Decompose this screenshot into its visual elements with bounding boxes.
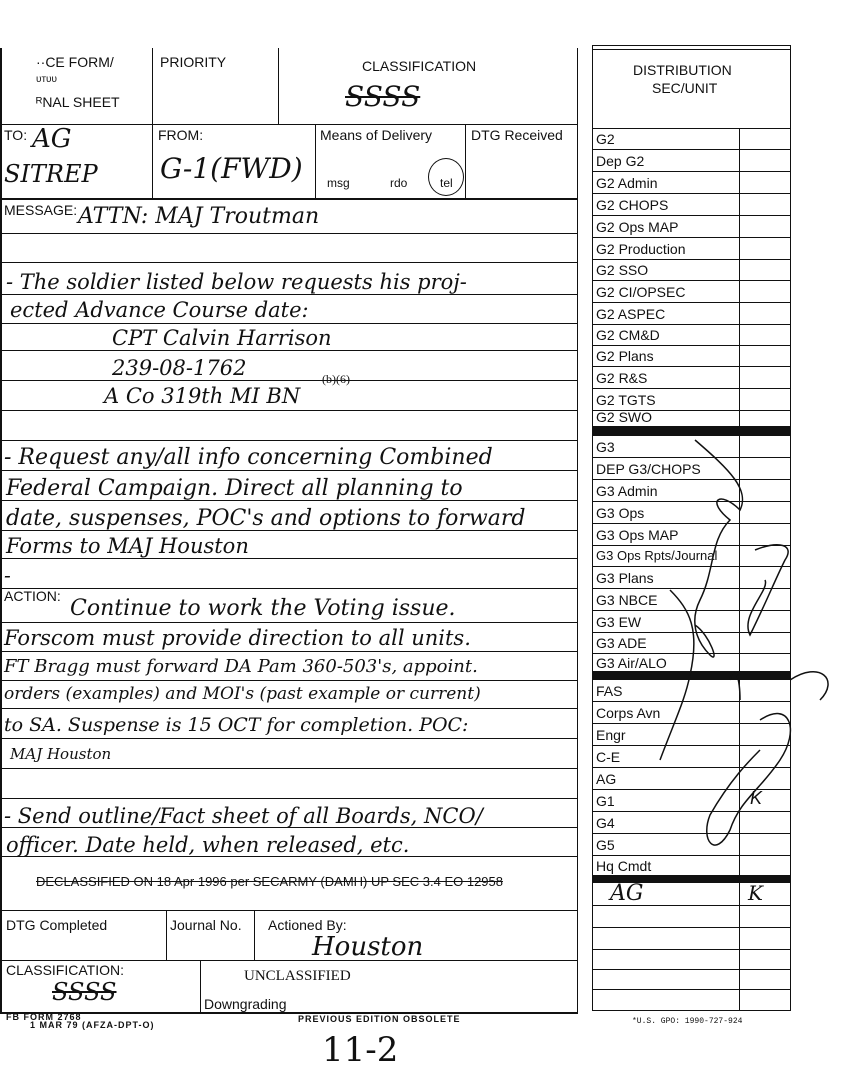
dist-row-g2-aspec[interactable]: G2 ASPEC [592, 303, 790, 325]
journal-no-label: Journal No. [170, 917, 242, 933]
dist-row-extra[interactable] [592, 989, 790, 1009]
to-label: TO: [4, 127, 27, 143]
dtg-received-label: DTG Received [471, 127, 563, 143]
actioned-by-value[interactable]: Houston [312, 932, 423, 962]
dtg-completed-label: DTG Completed [6, 917, 107, 933]
dist-row-extra[interactable] [592, 928, 790, 950]
action-line[interactable]: Continue to work the Voting issue. [70, 596, 456, 621]
dist-row-g2-cmd[interactable]: G2 CM&D [592, 324, 790, 346]
page-number: 11-2 [322, 1030, 398, 1070]
dist-row-g2[interactable]: G2 [592, 128, 790, 150]
message-line[interactable]: - [4, 563, 11, 587]
priority-label: PRIORITY [160, 54, 226, 70]
distribution-title: DISTRIBUTION [633, 62, 732, 78]
form-title: ··CE FORM/ [36, 54, 114, 70]
message-line[interactable]: - The soldier listed below requests his … [6, 270, 467, 294]
dist-row-g2-swo[interactable]: G2 SWO [592, 408, 790, 427]
form-date: 1 MAR 79 (AFZA-DPT-O) [30, 1020, 155, 1030]
action-line[interactable]: Forscom must provide direction to all un… [4, 626, 471, 650]
message-line[interactable]: date, suspenses, POC's and options to fo… [6, 506, 525, 531]
dist-row-g2-ci-opsec[interactable]: G2 CI/OPSEC [592, 281, 790, 303]
action-line[interactable]: MAJ Houston [10, 745, 111, 763]
action-line[interactable]: officer. Date held, when released, etc. [6, 833, 409, 857]
action-line[interactable]: orders (examples) and MOI's (past exampl… [4, 684, 481, 704]
dist-row-g2-production[interactable]: G2 Production [592, 238, 790, 260]
from-label: FROM: [158, 127, 203, 143]
unclassified-stamp: UNCLASSIFIED [244, 968, 351, 985]
message-line[interactable]: A Co 319th MI BN [104, 384, 300, 408]
action-line[interactable]: FT Bragg must forward DA Pam 360-503's, … [4, 656, 478, 677]
dist-row-g2-plans[interactable]: G2 Plans [592, 345, 790, 367]
message-line[interactable]: Forms to MAJ Houston [6, 534, 249, 558]
actioned-by-label: Actioned By: [268, 917, 347, 933]
means-rdo[interactable]: rdo [390, 176, 407, 190]
footer-classification-label: CLASSIFICATION: [6, 962, 124, 978]
message-line[interactable]: 239-08-1762 [112, 356, 246, 380]
redaction-code: (b)(6) [322, 372, 350, 387]
action-line[interactable]: - Send outline/Fact sheet of all Boards,… [4, 804, 483, 828]
tel-selected-circle [428, 158, 464, 196]
from-value[interactable]: G-1(FWD) [160, 152, 303, 185]
to-value-line2[interactable]: SITREP [4, 160, 98, 188]
dist-row-g2-chops[interactable]: G2 CHOPS [592, 194, 790, 216]
downgrading-label: Downgrading [204, 996, 287, 1012]
gpo-note: *U.S. GPO: 1990-727-924 [632, 1017, 742, 1026]
dist-row-extra[interactable] [592, 906, 790, 928]
message-line[interactable]: - Request any/all info concerning Combin… [4, 445, 493, 470]
declassified-stamp: DECLASSIFIED ON 18 Apr 1996 per SECARMY … [36, 874, 503, 889]
dist-row-dep-g2[interactable]: Dep G2 [592, 150, 790, 172]
footer-classification-value[interactable]: SSSS [52, 978, 117, 1006]
action-label: ACTION: [4, 588, 61, 604]
message-attn[interactable]: ATTN: MAJ Troutman [78, 204, 319, 229]
distribution-subtitle: SEC/UNIT [652, 80, 717, 96]
form-subtitle: ᴿNAL SHEET [36, 94, 120, 110]
means-of-delivery-label: Means of Delivery [320, 127, 432, 143]
dist-row-g2-sso[interactable]: G2 SSO [592, 259, 790, 281]
message-line[interactable]: Federal Campaign. Direct all planning to [6, 476, 463, 501]
classification-value[interactable]: SSSS [345, 80, 420, 113]
to-value[interactable]: AG [32, 124, 72, 154]
message-label: MESSAGE: [4, 202, 77, 218]
previous-edition-note: PREVIOUS EDITION OBSOLETE [298, 1014, 461, 1024]
message-line[interactable]: ected Advance Course date: [10, 298, 309, 322]
dist-row-extra[interactable] [592, 968, 790, 990]
action-line[interactable]: to SA. Suspense is 15 OCT for completion… [4, 714, 468, 736]
dist-row-extra[interactable] [592, 948, 790, 970]
dist-row-extra[interactable]: AG K [592, 883, 790, 906]
dist-row-g2-admin[interactable]: G2 Admin [592, 172, 790, 194]
signature-scrawl-icon [590, 430, 850, 860]
form-title-line2: ᴜᴛᴜᴜ [36, 74, 57, 85]
means-msg[interactable]: msg [327, 176, 350, 190]
message-line[interactable]: CPT Calvin Harrison [112, 326, 332, 350]
classification-label: CLASSIFICATION [362, 58, 476, 74]
dist-row-g2-rs[interactable]: G2 R&S [592, 367, 790, 389]
dist-row-g2-ops-map[interactable]: G2 Ops MAP [592, 216, 790, 238]
